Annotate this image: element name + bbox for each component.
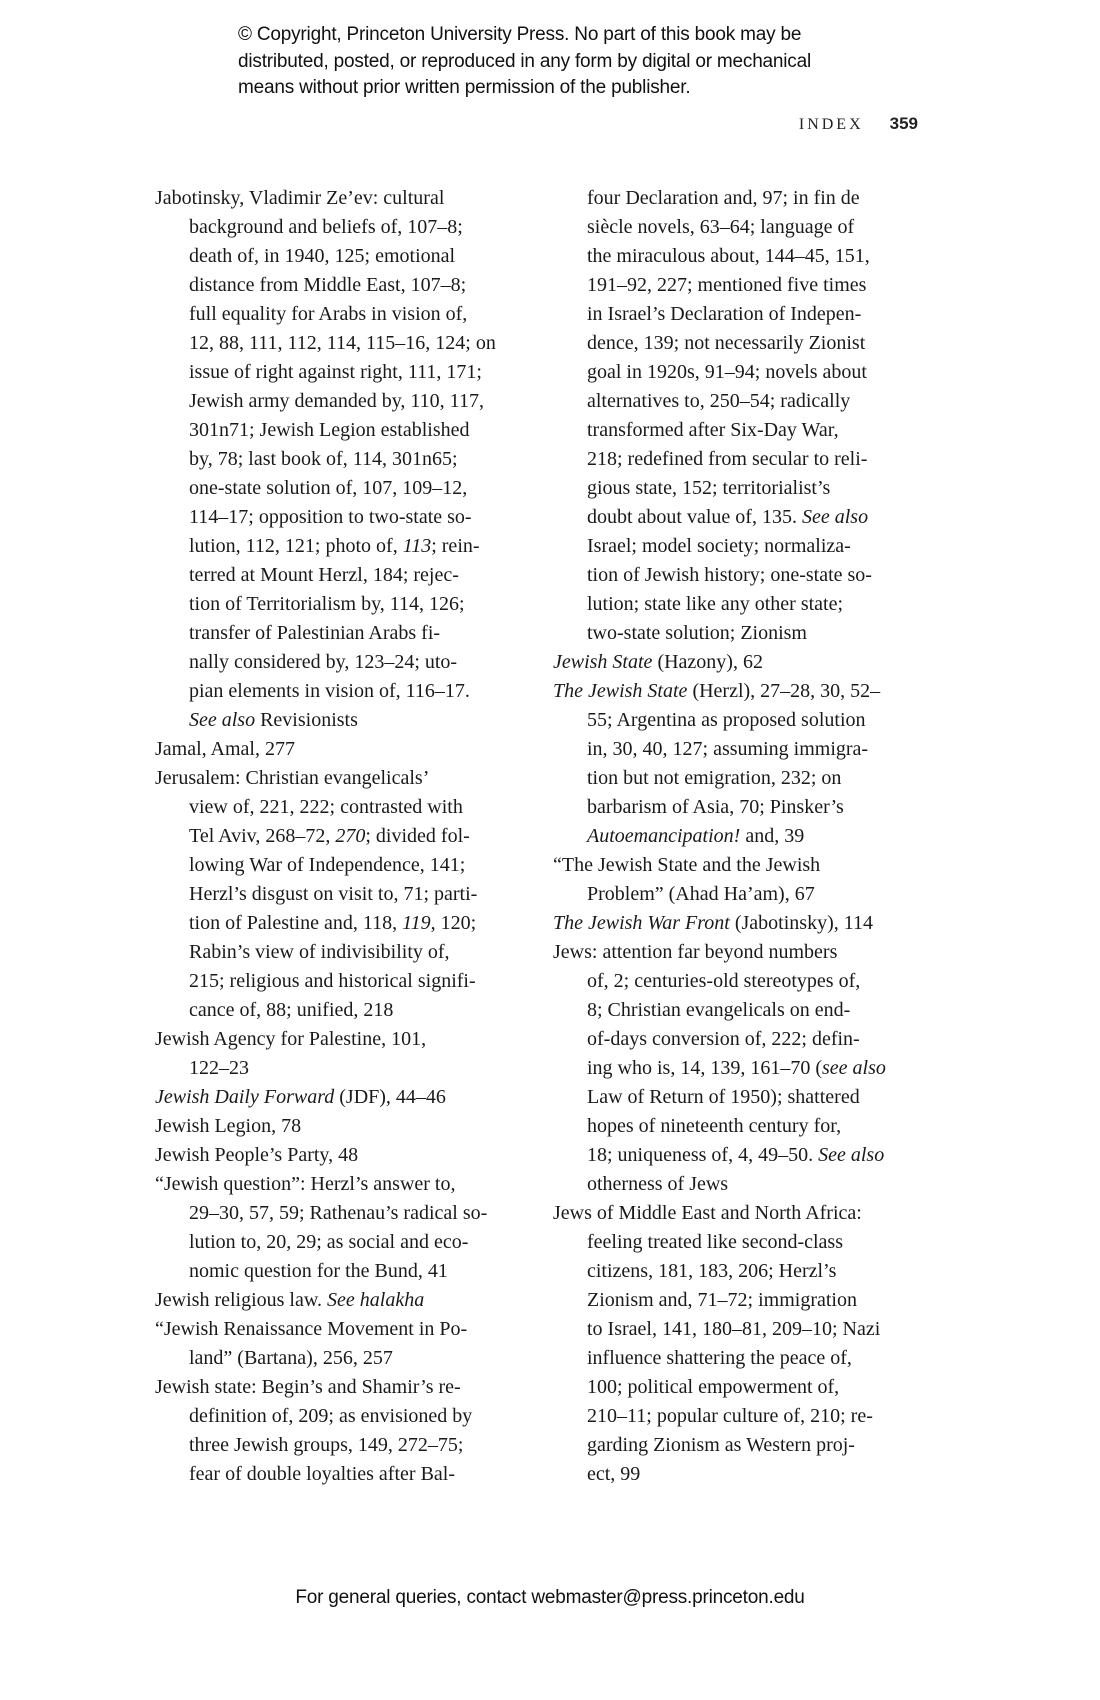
italic-reference: See halakha — [327, 1289, 424, 1311]
italic-reference: 113 — [403, 535, 432, 557]
index-text: 218; redefined from secular to reli- — [587, 448, 867, 470]
index-text: Jewish religious law. — [155, 1289, 327, 1311]
index-text: (Jabotinsky), 114 — [730, 912, 873, 934]
index-subline: Autoemancipation! and, 39 — [553, 822, 923, 851]
index-text: 8; Christian evangelicals on end- — [587, 999, 850, 1021]
index-text: tion of Palestine and, 118, — [189, 912, 402, 934]
index-text: issue of right against right, 111, 171; — [189, 361, 482, 383]
index-subline: Jewish army demanded by, 110, 117, — [155, 387, 527, 416]
index-entry-heading: “The Jewish State and the Jewish — [553, 851, 923, 880]
index-subline: full equality for Arabs in vision of, — [155, 300, 527, 329]
index-text: tion of Jewish history; one-state so- — [587, 564, 872, 586]
index-subline: Tel Aviv, 268–72, 270; divided fol- — [155, 822, 527, 851]
index-subline: tion of Palestine and, 118, 119, 120; — [155, 909, 527, 938]
index-subline: pian elements in vision of, 116–17. — [155, 677, 527, 706]
index-subline: 29–30, 57, 59; Rathenau’s radical so- — [155, 1199, 527, 1228]
index-subline: 301n71; Jewish Legion established — [155, 416, 527, 445]
index-text: (JDF), 44–46 — [334, 1086, 446, 1108]
index-text: Law of Return of 1950); shattered — [587, 1086, 860, 1108]
index-text: 12, 88, 111, 112, 114, 115–16, 124; on — [189, 332, 496, 354]
index-text: garding Zionism as Western proj- — [587, 1434, 855, 1456]
index-subline: 191–92, 227; mentioned five times — [553, 271, 923, 300]
index-text: three Jewish groups, 149, 272–75; — [189, 1434, 463, 1456]
index-entry-heading: “Jewish Renaissance Movement in Po- — [155, 1315, 527, 1344]
index-text: ing who is, 14, 139, 161–70 ( — [587, 1057, 822, 1079]
index-subline: Zionism and, 71–72; immigration — [553, 1286, 923, 1315]
index-entry-heading: Jewish state: Begin’s and Shamir’s re- — [155, 1373, 527, 1402]
index-text: Zionism and, 71–72; immigration — [587, 1289, 857, 1311]
index-text: siècle novels, 63–64; language of — [587, 216, 854, 238]
index-subline: lution, 112, 121; photo of, 113; rein- — [155, 532, 527, 561]
index-text: death of, in 1940, 125; emotional — [189, 245, 455, 267]
index-entry-heading: Jews: attention far beyond numbers — [553, 938, 923, 967]
index-subline: in, 30, 40, 127; assuming immigra- — [553, 735, 923, 764]
running-head: INDEX 359 — [799, 114, 918, 134]
italic-title: The Jewish War Front — [553, 912, 730, 934]
index-entry-heading: Jamal, Amal, 277 — [155, 735, 527, 764]
index-text: 18; uniqueness of, 4, 49–50. — [587, 1144, 818, 1166]
index-text: “Jewish question”: Herzl’s answer to, — [155, 1173, 455, 1195]
index-text: 29–30, 57, 59; Rathenau’s radical so- — [189, 1202, 487, 1224]
index-text: (Herzl), 27–28, 30, 52– — [687, 680, 880, 702]
index-text: gious state, 152; territorialist’s — [587, 477, 830, 499]
index-subline: cance of, 88; unified, 218 — [155, 996, 527, 1025]
index-subline: hopes of nineteenth century for, — [553, 1112, 923, 1141]
index-text: 215; religious and historical signifi- — [189, 970, 476, 992]
index-entry-heading: Jewish State (Hazony), 62 — [553, 648, 923, 677]
index-text: Jews: attention far beyond numbers — [553, 941, 837, 963]
copyright-line: © Copyright, Princeton University Press.… — [238, 22, 938, 49]
index-subline: 218; redefined from secular to reli- — [553, 445, 923, 474]
index-subline: fear of double loyalties after Bal- — [155, 1460, 527, 1489]
italic-reference: See also — [802, 506, 868, 528]
index-text: otherness of Jews — [587, 1173, 728, 1195]
index-subline: two-state solution; Zionism — [553, 619, 923, 648]
italic-reference: See also — [818, 1144, 884, 1166]
index-subline: of, 2; centuries-old stereotypes of, — [553, 967, 923, 996]
index-text: tion but not emigration, 232; on — [587, 767, 841, 789]
index-text: and, 39 — [740, 825, 804, 847]
index-subline: in Israel’s Declaration of Indepen- — [553, 300, 923, 329]
index-text: Jabotinsky, Vladimir Ze’ev: cultural — [155, 187, 444, 209]
index-text: Jewish Legion, 78 — [155, 1115, 301, 1137]
index-text: (Hazony), 62 — [652, 651, 763, 673]
index-text: to Israel, 141, 180–81, 209–10; Nazi — [587, 1318, 880, 1340]
index-subline: tion of Jewish history; one-state so- — [553, 561, 923, 590]
index-entry-heading: The Jewish State (Herzl), 27–28, 30, 52– — [553, 677, 923, 706]
italic-title: Jewish State — [553, 651, 652, 673]
index-text: influence shattering the peace of, — [587, 1347, 852, 1369]
index-text: , 120; — [431, 912, 477, 934]
index-text: Jewish state: Begin’s and Shamir’s re- — [155, 1376, 461, 1398]
index-text: background and beliefs of, 107–8; — [189, 216, 463, 238]
index-subline: transformed after Six-Day War, — [553, 416, 923, 445]
index-text: Jewish Agency for Palestine, 101, — [155, 1028, 426, 1050]
index-text: 210–11; popular culture of, 210; re- — [587, 1405, 873, 1427]
index-entry-heading: Jewish People’s Party, 48 — [155, 1141, 527, 1170]
index-text: transformed after Six-Day War, — [587, 419, 839, 441]
index-subline: issue of right against right, 111, 171; — [155, 358, 527, 387]
index-subline: terred at Mount Herzl, 184; rejec- — [155, 561, 527, 590]
index-subline: alternatives to, 250–54; radically — [553, 387, 923, 416]
index-text: one-state solution of, 107, 109–12, — [189, 477, 467, 499]
index-subline: ect, 99 — [553, 1460, 923, 1489]
index-subline: 114–17; opposition to two-state so- — [155, 503, 527, 532]
index-text: barbarism of Asia, 70; Pinsker’s — [587, 796, 844, 818]
index-text: “The Jewish State and the Jewish — [553, 854, 820, 876]
index-subline: Law of Return of 1950); shattered — [553, 1083, 923, 1112]
index-column-right: four Declaration and, 97; in fin desiècl… — [553, 184, 923, 1489]
index-text: 114–17; opposition to two-state so- — [189, 506, 472, 528]
index-text: in Israel’s Declaration of Indepen- — [587, 303, 861, 325]
index-subline: 122–23 — [155, 1054, 527, 1083]
index-text: 55; Argentina as proposed solution — [587, 709, 866, 731]
index-text: nomic question for the Bund, 41 — [189, 1260, 448, 1282]
index-text: lution; state like any other state; — [587, 593, 843, 615]
copyright-line: distributed, posted, or reproduced in an… — [238, 49, 938, 76]
index-subline: to Israel, 141, 180–81, 209–10; Nazi — [553, 1315, 923, 1344]
italic-title: The Jewish State — [553, 680, 687, 702]
index-subline: land” (Bartana), 256, 257 — [155, 1344, 527, 1373]
index-subline: gious state, 152; territorialist’s — [553, 474, 923, 503]
index-subline: siècle novels, 63–64; language of — [553, 213, 923, 242]
index-subline: the miraculous about, 144–45, 151, — [553, 242, 923, 271]
index-text: lution, 112, 121; photo of, — [189, 535, 403, 557]
index-column-left: Jabotinsky, Vladimir Ze’ev: culturalback… — [155, 184, 527, 1489]
index-subline: lution; state like any other state; — [553, 590, 923, 619]
index-text: fear of double loyalties after Bal- — [189, 1463, 455, 1485]
index-subline: four Declaration and, 97; in fin de — [553, 184, 923, 213]
index-subline: lution to, 20, 29; as social and eco- — [155, 1228, 527, 1257]
index-subline: otherness of Jews — [553, 1170, 923, 1199]
index-text: goal in 1920s, 91–94; novels about — [587, 361, 867, 383]
italic-title: See also — [189, 709, 255, 731]
index-subline: 55; Argentina as proposed solution — [553, 706, 923, 735]
index-entry-heading: “Jewish question”: Herzl’s answer to, — [155, 1170, 527, 1199]
index-subline: 8; Christian evangelicals on end- — [553, 996, 923, 1025]
index-text: Problem” (Ahad Ha’am), 67 — [587, 883, 815, 905]
index-subline: death of, in 1940, 125; emotional — [155, 242, 527, 271]
index-text: Jewish army demanded by, 110, 117, — [189, 390, 484, 412]
index-text: ; rein- — [431, 535, 479, 557]
copyright-line: means without prior written permission o… — [238, 75, 938, 102]
index-subline: 100; political empowerment of, — [553, 1373, 923, 1402]
index-subline: by, 78; last book of, 114, 301n65; — [155, 445, 527, 474]
index-subline: view of, 221, 222; contrasted with — [155, 793, 527, 822]
index-text: pian elements in vision of, 116–17. — [189, 680, 470, 702]
index-subline: citizens, 181, 183, 206; Herzl’s — [553, 1257, 923, 1286]
index-text: definition of, 209; as envisioned by — [189, 1405, 472, 1427]
index-text: full equality for Arabs in vision of, — [189, 303, 467, 325]
index-subline: nally considered by, 123–24; uto- — [155, 648, 527, 677]
index-text: Jews of Middle East and North Africa: — [553, 1202, 862, 1224]
index-text: Jamal, Amal, 277 — [155, 738, 295, 760]
index-subline: influence shattering the peace of, — [553, 1344, 923, 1373]
index-subline: definition of, 209; as envisioned by — [155, 1402, 527, 1431]
index-text: of-days conversion of, 222; defin- — [587, 1028, 860, 1050]
index-text: terred at Mount Herzl, 184; rejec- — [189, 564, 459, 586]
italic-title: Autoemancipation! — [587, 825, 740, 847]
index-text: 191–92, 227; mentioned five times — [587, 274, 866, 296]
section-label: INDEX — [799, 116, 864, 134]
italic-title: Jewish Daily Forward — [155, 1086, 334, 1108]
index-subline: dence, 139; not necessarily Zionist — [553, 329, 923, 358]
italic-reference: 119 — [402, 912, 431, 934]
index-subline: three Jewish groups, 149, 272–75; — [155, 1431, 527, 1460]
index-subline: Problem” (Ahad Ha’am), 67 — [553, 880, 923, 909]
index-text: doubt about value of, 135. — [587, 506, 802, 528]
index-entry-heading: Jewish Legion, 78 — [155, 1112, 527, 1141]
index-text: view of, 221, 222; contrasted with — [189, 796, 463, 818]
index-text: of, 2; centuries-old stereotypes of, — [587, 970, 860, 992]
index-text: land” (Bartana), 256, 257 — [189, 1347, 393, 1369]
index-text: ; divided fol- — [365, 825, 469, 847]
index-text: cance of, 88; unified, 218 — [189, 999, 393, 1021]
index-text: 301n71; Jewish Legion established — [189, 419, 470, 441]
index-text: 100; political empowerment of, — [587, 1376, 839, 1398]
index-text: 122–23 — [189, 1057, 249, 1079]
index-text: Jerusalem: Christian evangelicals’ — [155, 767, 429, 789]
index-text: lowing War of Independence, 141; — [189, 854, 465, 876]
index-subline: Rabin’s view of indivisibility of, — [155, 938, 527, 967]
index-entry-heading: Jews of Middle East and North Africa: — [553, 1199, 923, 1228]
index-text: transfer of Palestinian Arabs fi- — [189, 622, 440, 644]
index-subline: Herzl’s disgust on visit to, 71; parti- — [155, 880, 527, 909]
index-subline: tion of Territorialism by, 114, 126; — [155, 590, 527, 619]
index-subline: one-state solution of, 107, 109–12, — [155, 474, 527, 503]
index-text: distance from Middle East, 107–8; — [189, 274, 466, 296]
index-text: alternatives to, 250–54; radically — [587, 390, 850, 412]
index-subline: doubt about value of, 135. See also — [553, 503, 923, 532]
index-text: citizens, 181, 183, 206; Herzl’s — [587, 1260, 836, 1282]
page-number: 359 — [890, 114, 918, 134]
index-text: Revisionists — [255, 709, 358, 731]
index-subline: 12, 88, 111, 112, 114, 115–16, 124; on — [155, 329, 527, 358]
index-text: in, 30, 40, 127; assuming immigra- — [587, 738, 868, 760]
index-entry-heading: The Jewish War Front (Jabotinsky), 114 — [553, 909, 923, 938]
index-text: “Jewish Renaissance Movement in Po- — [155, 1318, 467, 1340]
index-subline: distance from Middle East, 107–8; — [155, 271, 527, 300]
index-subline: Israel; model society; normaliza- — [553, 532, 923, 561]
italic-reference: 270 — [335, 825, 365, 847]
index-text: dence, 139; not necessarily Zionist — [587, 332, 865, 354]
index-subline: feeling treated like second-class — [553, 1228, 923, 1257]
index-entry-heading: Jewish Daily Forward (JDF), 44–46 — [155, 1083, 527, 1112]
index-entry-heading: Jabotinsky, Vladimir Ze’ev: cultural — [155, 184, 527, 213]
index-subline: transfer of Palestinian Arabs fi- — [155, 619, 527, 648]
index-subline: ing who is, 14, 139, 161–70 (see also — [553, 1054, 923, 1083]
index-text: four Declaration and, 97; in fin de — [587, 187, 860, 209]
index-text: by, 78; last book of, 114, 301n65; — [189, 448, 458, 470]
index-subline: tion but not emigration, 232; on — [553, 764, 923, 793]
index-text: nally considered by, 123–24; uto- — [189, 651, 457, 673]
copyright-notice: © Copyright, Princeton University Press.… — [238, 22, 938, 102]
index-subline: garding Zionism as Western proj- — [553, 1431, 923, 1460]
index-subline: 210–11; popular culture of, 210; re- — [553, 1402, 923, 1431]
index-text: Israel; model society; normaliza- — [587, 535, 851, 557]
index-subline: 215; religious and historical signifi- — [155, 967, 527, 996]
index-text: feeling treated like second-class — [587, 1231, 843, 1253]
index-text: two-state solution; Zionism — [587, 622, 807, 644]
index-text: hopes of nineteenth century for, — [587, 1115, 841, 1137]
index-entry-heading: Jewish religious law. See halakha — [155, 1286, 527, 1315]
footer-contact: For general queries, contact webmaster@p… — [0, 1587, 1100, 1609]
index-text: Herzl’s disgust on visit to, 71; parti- — [189, 883, 477, 905]
index-text: ect, 99 — [587, 1463, 640, 1485]
index-subline: nomic question for the Bund, 41 — [155, 1257, 527, 1286]
index-subline: of-days conversion of, 222; defin- — [553, 1025, 923, 1054]
index-text: tion of Territorialism by, 114, 126; — [189, 593, 465, 615]
index-text: Jewish People’s Party, 48 — [155, 1144, 358, 1166]
index-text: Rabin’s view of indivisibility of, — [189, 941, 450, 963]
index-subline: lowing War of Independence, 141; — [155, 851, 527, 880]
index-entry-heading: Jewish Agency for Palestine, 101, — [155, 1025, 527, 1054]
index-text: Tel Aviv, 268–72, — [189, 825, 335, 847]
index-text: the miraculous about, 144–45, 151, — [587, 245, 870, 267]
index-text: lution to, 20, 29; as social and eco- — [189, 1231, 468, 1253]
italic-reference: see also — [822, 1057, 886, 1079]
index-subline: barbarism of Asia, 70; Pinsker’s — [553, 793, 923, 822]
index-subline: background and beliefs of, 107–8; — [155, 213, 527, 242]
index-subline: goal in 1920s, 91–94; novels about — [553, 358, 923, 387]
index-subline: 18; uniqueness of, 4, 49–50. See also — [553, 1141, 923, 1170]
index-subline: See also Revisionists — [155, 706, 527, 735]
index-entry-heading: Jerusalem: Christian evangelicals’ — [155, 764, 527, 793]
